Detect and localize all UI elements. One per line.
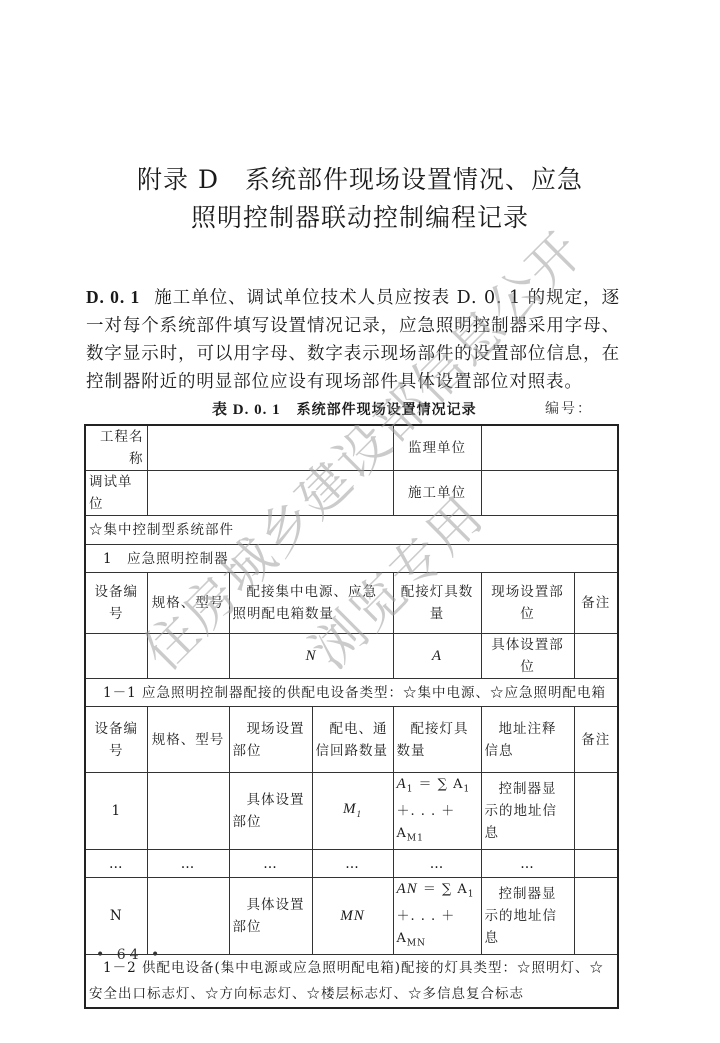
construction-unit-label: 施工单位 bbox=[393, 471, 481, 516]
device-header-address: 地址注释信息 bbox=[481, 707, 574, 773]
device-n-circuits: MN bbox=[312, 878, 393, 955]
table-serial-label: 编号： bbox=[545, 398, 593, 418]
subsection-controller-label: 1 应急照明控制器 bbox=[85, 545, 618, 573]
device-row-ellipsis: … … … … … … bbox=[85, 850, 618, 878]
controller-device-no[interactable] bbox=[85, 634, 147, 679]
device-header-model: 规格、型号 bbox=[147, 707, 229, 773]
controller-location: 具体设置部位 bbox=[481, 634, 574, 679]
controller-lamp-count: A bbox=[393, 634, 481, 679]
device-1-remark[interactable] bbox=[574, 773, 618, 850]
header-model: 规格、型号 bbox=[147, 573, 229, 634]
device-header-lamps: 配接灯具数量 bbox=[393, 707, 481, 773]
ellipsis-location: … bbox=[229, 850, 312, 878]
device-n-model[interactable] bbox=[147, 878, 229, 955]
device-n-remark[interactable] bbox=[574, 878, 618, 955]
device-header-row: 设备编号 规格、型号 现场设置部位 配电、通信回路数量 配接灯具数量 地址注释信… bbox=[85, 707, 618, 773]
controller-remark[interactable] bbox=[574, 634, 618, 679]
note-1-2-row: 1－2 供配电设备(集中电源或应急照明配电箱)配接的灯具类型：☆照明灯、☆安全出… bbox=[85, 955, 618, 1009]
commissioning-unit-label: 调试单位 bbox=[85, 471, 147, 516]
device-1-model[interactable] bbox=[147, 773, 229, 850]
device-n-address: 控制器显示的地址信息 bbox=[481, 878, 574, 955]
header-power-count: 配接集中电源、应急照明配电箱数量 bbox=[229, 573, 393, 634]
page-number: • 64 • bbox=[96, 947, 163, 963]
ellipsis-model: … bbox=[147, 850, 229, 878]
controller-data-row: N A 具体设置部位 bbox=[85, 634, 618, 679]
device-n-no: N bbox=[85, 878, 147, 955]
device-1-lamps: A1 ＝ ∑ A1＋. . . ＋AM1 bbox=[393, 773, 481, 850]
header-device-no: 设备编号 bbox=[85, 573, 147, 634]
section-row: ☆集中控制型系统部件 bbox=[85, 516, 618, 545]
ellipsis-no: … bbox=[85, 850, 147, 878]
appendix-title-line-1: 附录 D 系统部件现场设置情况、应急 bbox=[0, 163, 720, 197]
controller-model[interactable] bbox=[147, 634, 229, 679]
subsection-row: 1 应急照明控制器 bbox=[85, 545, 618, 573]
controller-power-count: N bbox=[229, 634, 393, 679]
system-component-record-table: 工程名称 监理单位 调试单位 施工单位 ☆集中控制型系统部件 1 应急照明控制器… bbox=[84, 424, 619, 1009]
project-name-label: 工程名称 bbox=[85, 425, 147, 471]
device-header-remark: 备注 bbox=[574, 707, 618, 773]
table-caption-title: 系统部件现场设置情况记录 bbox=[297, 402, 477, 418]
table-caption: 表 D. 0. 1系统部件现场设置情况记录 bbox=[212, 398, 477, 419]
device-header-location: 现场设置部位 bbox=[229, 707, 312, 773]
construction-unit-field[interactable] bbox=[481, 471, 618, 516]
appendix-title-line-2: 照明控制器联动控制编程记录 bbox=[0, 201, 720, 235]
note-1-2: 1－2 供配电设备(集中电源或应急照明配电箱)配接的灯具类型：☆照明灯、☆安全出… bbox=[85, 955, 618, 1009]
device-1-location: 具体设置部位 bbox=[229, 773, 312, 850]
device-n-lamps: AN ＝ ∑ A1＋. . . ＋AMN bbox=[393, 878, 481, 955]
device-1-address: 控制器显示的地址信息 bbox=[481, 773, 574, 850]
commissioning-unit-field[interactable] bbox=[147, 471, 393, 516]
device-n-location: 具体设置部位 bbox=[229, 878, 312, 955]
note-1-1-row: 1－1 应急照明控制器配接的供配电设备类型：☆集中电源、☆应急照明配电箱 bbox=[85, 679, 618, 707]
device-row-1: 1 具体设置部位 M1 A1 ＝ ∑ A1＋. . . ＋AM1 控制器显示的地… bbox=[85, 773, 618, 850]
table-caption-number: 表 D. 0. 1 bbox=[212, 402, 281, 418]
clause-number: D. 0. 1 bbox=[86, 287, 140, 307]
clause-paragraph: D. 0. 1施工单位、调试单位技术人员应按表 D. 0. 1 的规定，逐一对每… bbox=[86, 283, 620, 396]
header-remark: 备注 bbox=[574, 573, 618, 634]
supervision-unit-label: 监理单位 bbox=[393, 425, 481, 471]
note-1-1: 1－1 应急照明控制器配接的供配电设备类型：☆集中电源、☆应急照明配电箱 bbox=[85, 679, 618, 707]
unit-info-row: 调试单位 施工单位 bbox=[85, 471, 618, 516]
project-name-field[interactable] bbox=[147, 425, 393, 471]
device-header-circuits: 配电、通信回路数量 bbox=[312, 707, 393, 773]
header-lamp-count: 配接灯具数量 bbox=[393, 573, 481, 634]
section-centralized-label: ☆集中控制型系统部件 bbox=[85, 516, 618, 545]
ellipsis-lamps: … bbox=[393, 850, 481, 878]
ellipsis-circuits: … bbox=[312, 850, 393, 878]
ellipsis-address: … bbox=[481, 850, 574, 878]
header-location: 现场设置部位 bbox=[481, 573, 574, 634]
project-info-row: 工程名称 监理单位 bbox=[85, 425, 618, 471]
clause-text: 施工单位、调试单位技术人员应按表 D. 0. 1 的规定，逐一对每个系统部件填写… bbox=[86, 288, 620, 392]
controller-header-row: 设备编号 规格、型号 配接集中电源、应急照明配电箱数量 配接灯具数量 现场设置部… bbox=[85, 573, 618, 634]
device-1-no: 1 bbox=[85, 773, 147, 850]
supervision-unit-field[interactable] bbox=[481, 425, 618, 471]
device-row-n: N 具体设置部位 MN AN ＝ ∑ A1＋. . . ＋AMN 控制器显示的地… bbox=[85, 878, 618, 955]
device-1-circuits: M1 bbox=[312, 773, 393, 850]
ellipsis-remark bbox=[574, 850, 618, 878]
device-header-no: 设备编号 bbox=[85, 707, 147, 773]
